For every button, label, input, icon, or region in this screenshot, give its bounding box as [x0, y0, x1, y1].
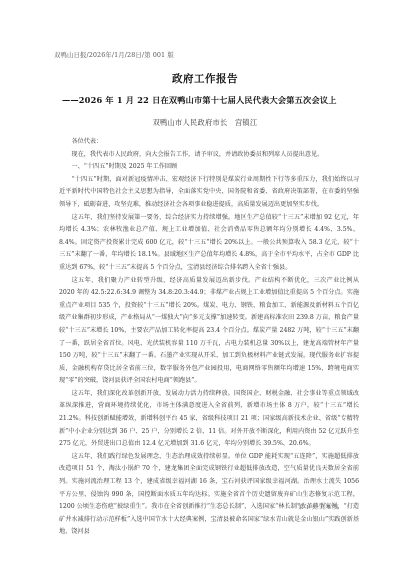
newspaper-header: 双鸭山日报/2026年/1月/28日/第 001 版 — [54, 50, 174, 59]
document-subtitle: ——2026 年 1 月 22 日在双鸭山市第十七届人民代表大会第五次会议上 — [62, 95, 337, 106]
paragraph: 这五年，我们践行绿色发展理念，生态治理成效持续彰显。单位 GDP 能耗实现“五连… — [59, 451, 359, 539]
section-heading: 一、“十四五”时期及 2025 年工作回顾 — [59, 161, 359, 174]
document-page: 双鸭山日报/2026年/1月/28日/第 001 版 政府工作报告 ——2026… — [0, 0, 410, 580]
paragraph: 这五年，我们深化改革创新开放，发展动力活力持续释放。国资国企、财税金融、社会事业… — [59, 388, 359, 451]
paragraph-salutation: 各位代表： — [59, 136, 359, 149]
page-number: 第 1 页 共 8 页 — [298, 503, 339, 511]
paragraph: 这五年，我们聚力产业转型升级，经济高质量发展迈出新步伐。产业结构不断优化，三次产… — [59, 275, 359, 388]
paragraph: 这五年，我们坚持发展第一要务，综合经济实力持续增强。地区生产总值较“十三五”末增… — [59, 212, 359, 275]
paragraph-intro: 现在，我代表市人民政府，向大会报告工作，请予审议，并请政协委员和列席人员提出意见… — [59, 149, 359, 162]
document-body: 各位代表： 现在，我代表市人民政府，向大会报告工作，请予审议，并请政协委员和列席… — [59, 136, 359, 539]
document-author: 双鸭山市人民政府市长 宫镇江 — [0, 118, 410, 128]
document-title: 政府工作报告 — [0, 71, 410, 86]
paragraph: “十四五”时期，面对新冠疫情冲击、宏观经济下行特别是煤炭行业周期性下行等多重压力… — [59, 174, 359, 212]
